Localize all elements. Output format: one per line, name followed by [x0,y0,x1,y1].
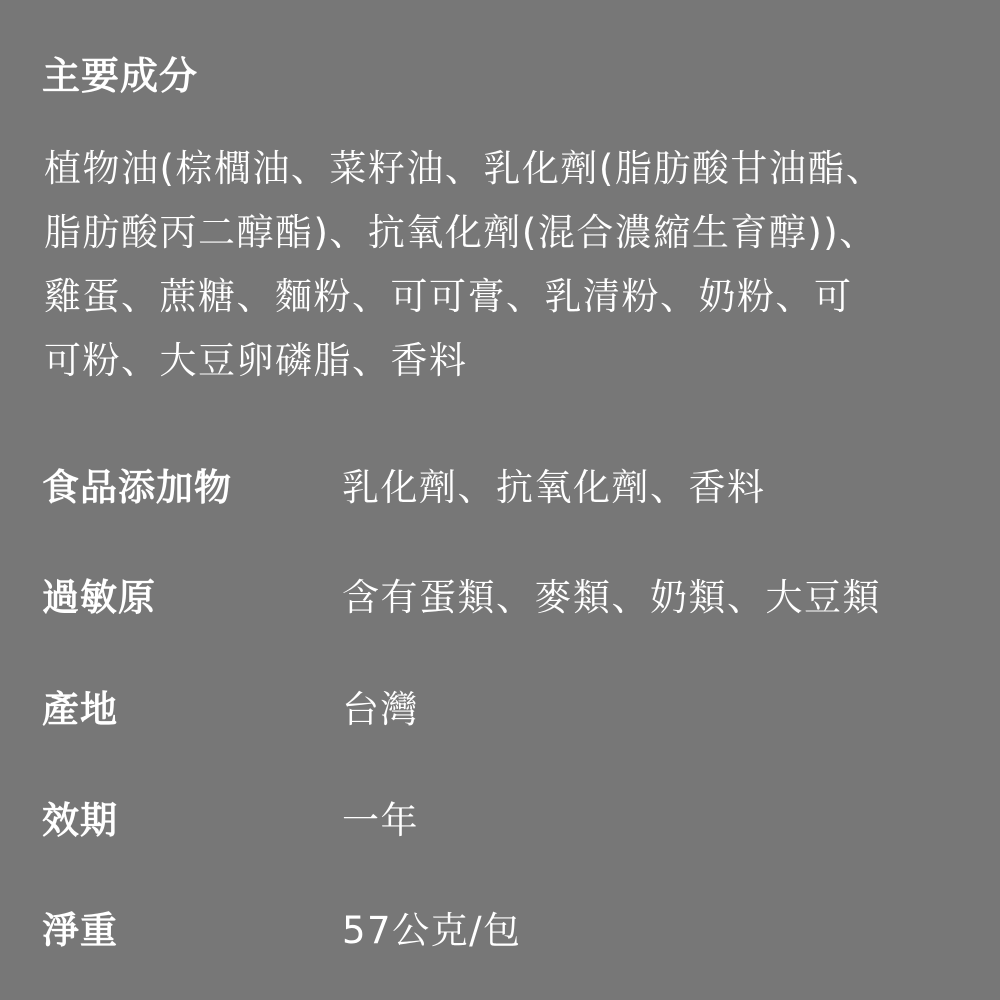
ingredients-line: 植物油(棕櫚油、菜籽油、乳化劑(脂肪酸甘油酯、 [44,137,974,201]
shelf-life-value: 一年 [342,790,419,844]
shelf-life-label: 效期 [42,790,342,844]
info-row-allergens: 過敏原 含有蛋類、麥類、奶類、大豆類 [42,564,972,624]
info-row-origin: 產地 台灣 [42,676,972,736]
allergens-value: 含有蛋類、麥類、奶類、大豆類 [342,567,881,621]
info-row-net-weight: 淨重 57公克/包 [42,897,972,957]
ingredients-line: 可粉、大豆卵磷脂、香料 [44,329,974,393]
net-weight-value: 57公克/包 [342,900,522,954]
allergens-label: 過敏原 [42,567,342,621]
info-row-food-additives: 食品添加物 乳化劑、抗氧化劑、香料 [42,454,972,514]
main-ingredients-title: 主要成分 [42,52,198,100]
food-additives-value: 乳化劑、抗氧化劑、香料 [342,457,766,511]
ingredients-line: 雞蛋、蔗糖、麵粉、可可膏、乳清粉、奶粉、可 [44,265,974,329]
info-row-shelf-life: 效期 一年 [42,787,972,847]
ingredients-line: 脂肪酸丙二醇酯)、抗氧化劑(混合濃縮生育醇))、 [44,201,974,265]
food-additives-label: 食品添加物 [42,457,342,511]
net-weight-label: 淨重 [42,900,342,954]
origin-value: 台灣 [342,679,419,733]
main-ingredients-text: 植物油(棕櫚油、菜籽油、乳化劑(脂肪酸甘油酯、 脂肪酸丙二醇酯)、抗氧化劑(混合… [44,137,974,393]
origin-label: 產地 [42,679,342,733]
